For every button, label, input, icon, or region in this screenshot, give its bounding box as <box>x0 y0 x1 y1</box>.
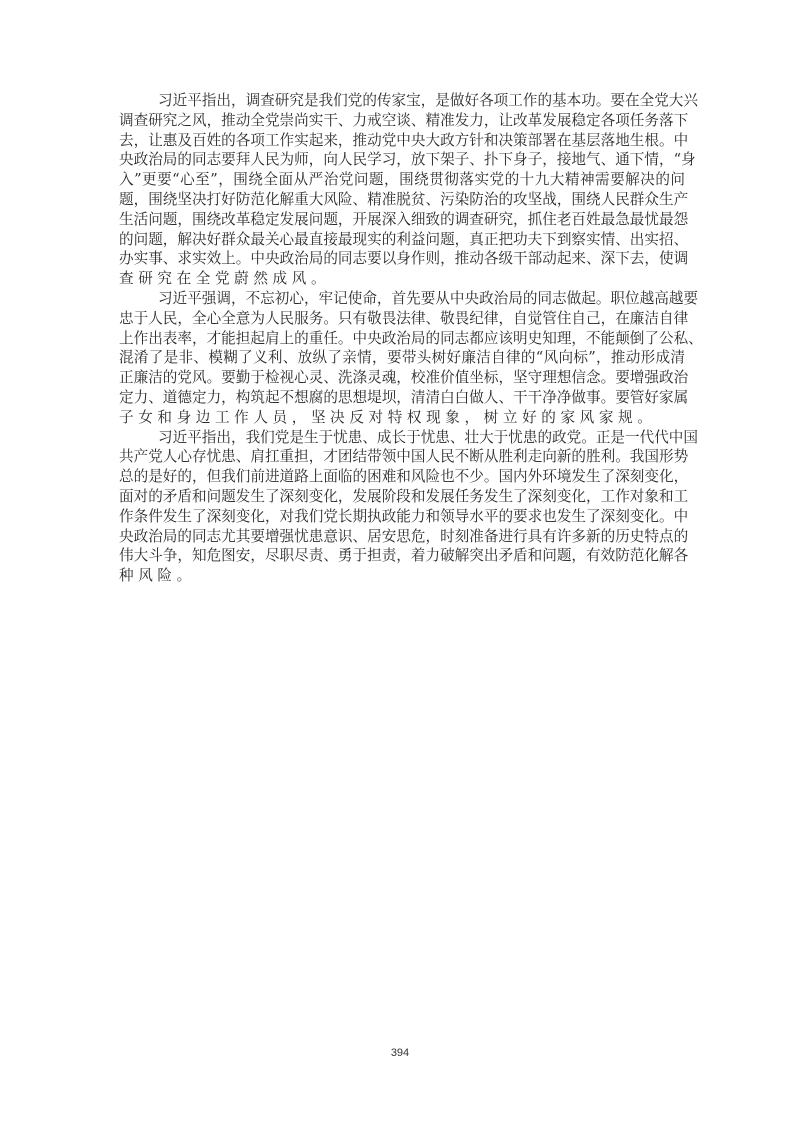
text-line: 伟大斗争，知危图安，尽职尽责、勇于担责，着力破解突出矛盾和问题，有效防范化解各 <box>119 546 685 566</box>
text-line: 央政治局的同志尤其要增强忧患意识、居安思危，时刻准备进行具有许多新的历史特点的 <box>119 527 685 547</box>
text-line: 去，让惠及百姓的各项工作实起来，推动党中央大政方针和决策部署在基层落地生根。中 <box>119 131 685 151</box>
text-line: 题，围绕坚决打好防范化解重大风险、精准脱贫、污染防治的攻坚战，围绕人民群众生产 <box>119 190 685 210</box>
text-line: 办实事、求实效上。中央政治局的同志要以身作则，推动各级干部动起来、深下去，使调 <box>119 249 685 269</box>
paragraph-2: 习近平强调，不忘初心，牢记使命，首先要从中央政治局的同志做起。职位越高越要 忠于… <box>119 289 685 428</box>
text-line: 入”更要“心至”，围绕全面从严治党问题，围绕贯彻落实党的十九大精神需要解决的问 <box>119 170 685 190</box>
text-line: 忠于人民，全心全意为人民服务。只有敬畏法律、敬畏纪律，自觉管住自己，在廉洁自律 <box>119 309 685 329</box>
text-line: 种风险。 <box>119 566 685 586</box>
text-line: 上作出表率，才能担起肩上的重任。中央政治局的同志都应该明史知理，不能颠倒了公私、 <box>119 329 685 349</box>
document-page: 习近平指出，调查研究是我们党的传家宝，是做好各项工作的基本功。要在全党大兴 调查… <box>0 0 800 1133</box>
text-line: 习近平强调，不忘初心，牢记使命，首先要从中央政治局的同志做起。职位越高越要 <box>119 289 685 309</box>
text-line: 总的是好的，但我们前进道路上面临的困难和风险也不少。国内外环境发生了深刻变化， <box>119 467 685 487</box>
paragraph-3: 习近平指出，我们党是生于忧患、成长于忧患、壮大于忧患的政党。正是一代代中国 共产… <box>119 428 685 586</box>
text-line: 央政治局的同志要拜人民为师，向人民学习，放下架子、扑下身子，接地气、通下情，“身 <box>119 150 685 170</box>
text-line: 查研究在全党蔚然成风。 <box>119 269 685 289</box>
paragraph-1: 习近平指出，调查研究是我们党的传家宝，是做好各项工作的基本功。要在全党大兴 调查… <box>119 91 685 289</box>
text-line: 共产党人心存忧患、肩扛重担，才团结带领中国人民不断从胜利走向新的胜利。我国形势 <box>119 447 685 467</box>
text-line: 的问题，解决好群众最关心最直接最现实的利益问题，真正把功夫下到察实情、出实招、 <box>119 230 685 250</box>
body-text: 习近平指出，调查研究是我们党的传家宝，是做好各项工作的基本功。要在全党大兴 调查… <box>119 91 685 586</box>
text-line: 习近平指出，调查研究是我们党的传家宝，是做好各项工作的基本功。要在全党大兴 <box>119 91 685 111</box>
text-line: 面对的矛盾和问题发生了深刻变化，发展阶段和发展任务发生了深刻变化，工作对象和工 <box>119 487 685 507</box>
text-line: 混淆了是非、模糊了义利、放纵了亲情，要带头树好廉洁自律的“风向标”，推动形成清 <box>119 348 685 368</box>
text-line: 定力、道德定力，构筑起不想腐的思想堤坝，清清白白做人、干干净净做事。要管好家属 <box>119 388 685 408</box>
text-line: 子女和身边工作人员，坚决反对特权现象，树立好的家风家规。 <box>119 408 685 428</box>
page-number: 394 <box>0 1047 800 1059</box>
text-line: 习近平指出，我们党是生于忧患、成长于忧患、壮大于忧患的政党。正是一代代中国 <box>119 428 685 448</box>
text-line: 调查研究之风，推动全党崇尚实干、力戒空谈、精准发力，让改革发展稳定各项任务落下 <box>119 111 685 131</box>
text-line: 作条件发生了深刻变化，对我们党长期执政能力和领导水平的要求也发生了深刻变化。中 <box>119 507 685 527</box>
text-line: 生活问题，围绕改革稳定发展问题，开展深入细致的调查研究，抓住老百姓最急最忧最怨 <box>119 210 685 230</box>
text-line: 正廉洁的党风。要勤于检视心灵、洗涤灵魂，校准价值坐标，坚守理想信念。要增强政治 <box>119 368 685 388</box>
